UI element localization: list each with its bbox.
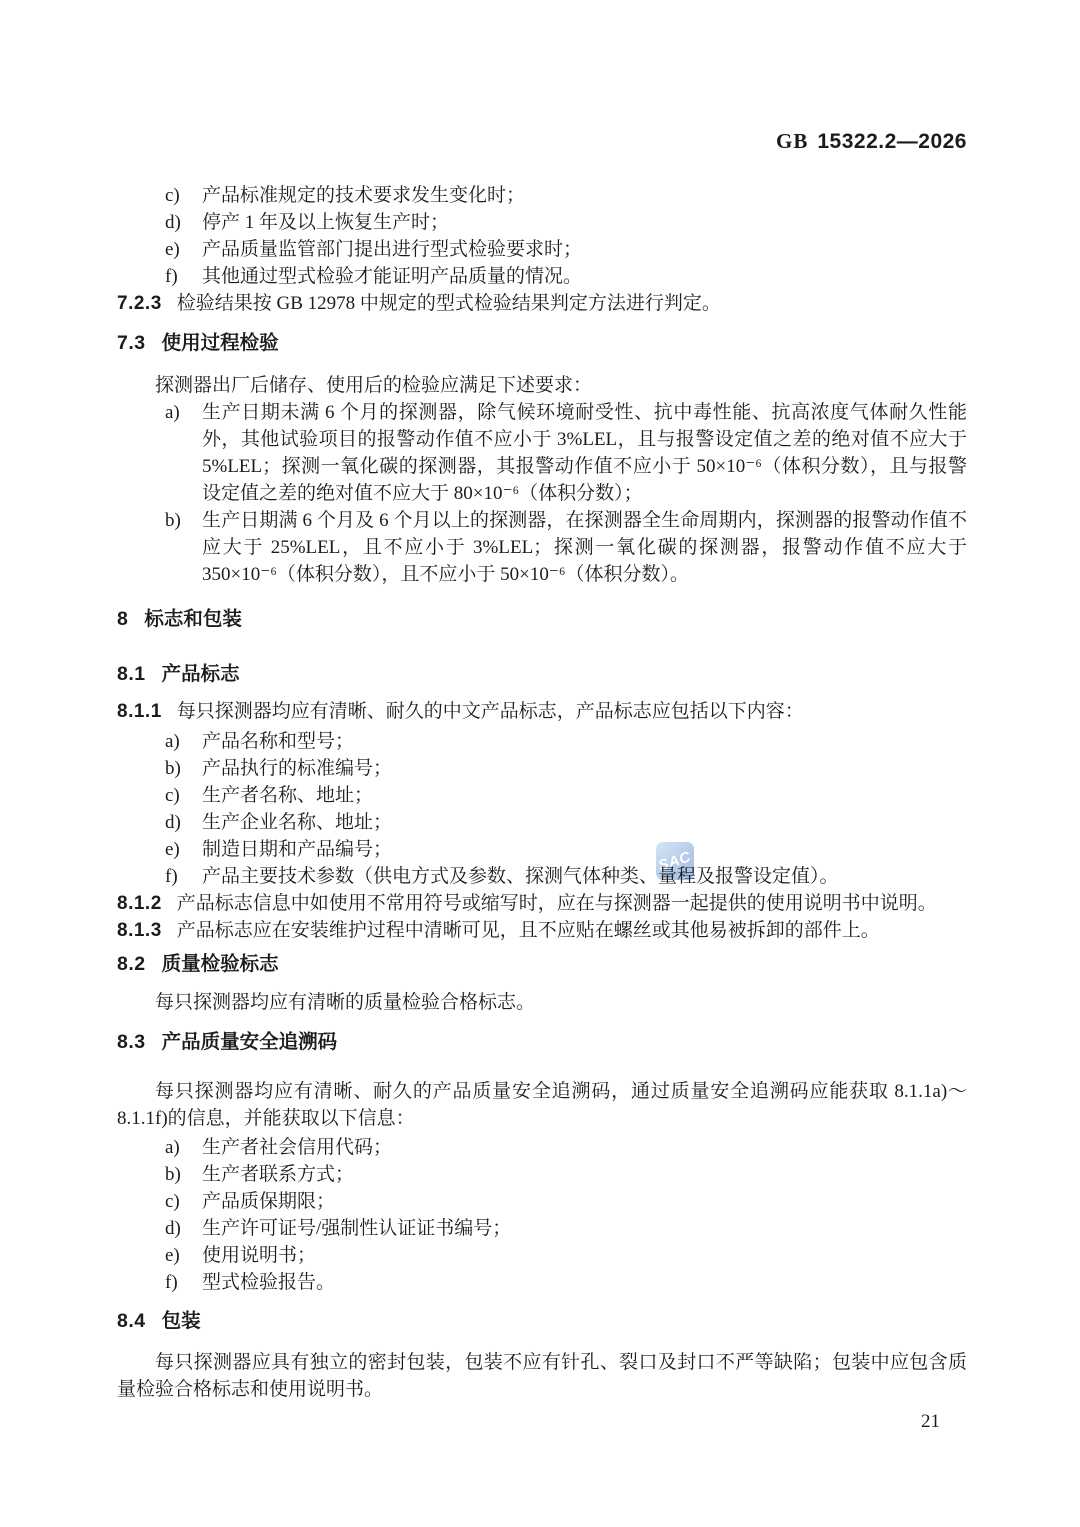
list-item: b) 产品执行的标准编号； bbox=[117, 755, 967, 782]
list-marker: f) bbox=[165, 863, 178, 890]
list-item: c) 产品标准规定的技术要求发生变化时； bbox=[117, 182, 967, 209]
list-marker: b) bbox=[165, 1161, 181, 1188]
list-item: e) 使用说明书； bbox=[117, 1242, 967, 1269]
standard-code-prefix: GB bbox=[776, 129, 808, 153]
list-item: d) 生产许可证号/强制性认证证书编号； bbox=[117, 1215, 967, 1242]
section-title: 质量检验标志 bbox=[162, 953, 279, 975]
section-number: 8.4 bbox=[117, 1310, 146, 1332]
list-marker: e) bbox=[165, 1242, 180, 1269]
list-marker: b) bbox=[165, 507, 181, 534]
list-item: f) 产品主要技术参数（供电方式及参数、探测气体种类、量程及报警设定值）。 bbox=[117, 863, 967, 890]
list-marker: b) bbox=[165, 755, 181, 782]
list-item-text: 生产许可证号/强制性认证证书编号； bbox=[202, 1218, 511, 1239]
section-heading-8-1: 8.1产品标志 bbox=[117, 661, 967, 688]
section-number: 7.3 bbox=[117, 332, 146, 354]
section-title: 产品质量安全追溯码 bbox=[162, 1031, 338, 1053]
clause-8-1-3: 8.1.3产品标志应在安装维护过程中清晰可见，且不应贴在螺丝或其他易被拆卸的部件… bbox=[117, 917, 967, 944]
list-item: f) 型式检验报告。 bbox=[117, 1269, 967, 1296]
list-marker: c) bbox=[165, 182, 180, 209]
list-item: a) 生产日期未满 6 个月的探测器，除气候环境耐受性、抗中毒性能、抗高浓度气体… bbox=[117, 399, 967, 507]
list-marker: a) bbox=[165, 728, 180, 755]
clause-number: 8.1.1 bbox=[117, 701, 162, 722]
clause-text: 产品标志信息中如使用不常用符号或缩写时，应在与探测器一起提供的使用说明书中说明。 bbox=[177, 893, 937, 914]
list-item: b) 生产日期满 6 个月及 6 个月以上的探测器，在探测器全生命周期内，探测器… bbox=[117, 507, 967, 588]
list-marker: d) bbox=[165, 809, 181, 836]
running-header: GB15322.2—2026 bbox=[117, 128, 967, 156]
list-marker: a) bbox=[165, 1134, 180, 1161]
list-item: f) 其他通过型式检验才能证明产品质量的情况。 bbox=[117, 263, 967, 290]
list-marker: e) bbox=[165, 236, 180, 263]
list-marker: d) bbox=[165, 1215, 181, 1242]
list-item-text: 生产者名称、地址； bbox=[202, 785, 373, 806]
chapter-title: 标志和包装 bbox=[144, 608, 242, 630]
list-marker: f) bbox=[165, 1269, 178, 1296]
clause-7-2-3: 7.2.3检验结果按 GB 12978 中规定的型式检验结果判定方法进行判定。 bbox=[117, 290, 967, 317]
list-item-text: 产品主要技术参数（供电方式及参数、探测气体种类、量程及报警设定值）。 bbox=[202, 866, 839, 887]
list-item: a) 产品名称和型号； bbox=[117, 728, 967, 755]
list-item-text: 产品质量监管部门提出进行型式检验要求时； bbox=[202, 239, 582, 260]
list-marker: c) bbox=[165, 1188, 180, 1215]
list-item: a) 生产者社会信用代码； bbox=[117, 1134, 967, 1161]
paragraph-7-3-intro: 探测器出厂后储存、使用后的检验应满足下述要求： bbox=[117, 372, 967, 399]
list-marker: a) bbox=[165, 399, 180, 426]
product-marking-list: a) 产品名称和型号； b) 产品执行的标准编号； c) 生产者名称、地址； d… bbox=[117, 728, 967, 890]
section-heading-8-2: 8.2质量检验标志 bbox=[117, 951, 967, 978]
section-title: 使用过程检验 bbox=[162, 332, 279, 354]
paragraph-8-2: 每只探测器均应有清晰的质量检验合格标志。 bbox=[117, 989, 967, 1016]
list-marker: d) bbox=[165, 209, 181, 236]
section-heading-8-3: 8.3产品质量安全追溯码 bbox=[117, 1029, 967, 1056]
clause-text: 检验结果按 GB 12978 中规定的型式检验结果判定方法进行判定。 bbox=[177, 293, 721, 314]
usage-inspection-list: a) 生产日期未满 6 个月的探测器，除气候环境耐受性、抗中毒性能、抗高浓度气体… bbox=[117, 399, 967, 588]
clause-text: 产品标志应在安装维护过程中清晰可见，且不应贴在螺丝或其他易被拆卸的部件上。 bbox=[177, 920, 880, 941]
clause-text: 每只探测器均应有清晰、耐久的中文产品标志，产品标志应包括以下内容： bbox=[177, 701, 804, 722]
section-heading-7-3: 7.3使用过程检验 bbox=[117, 330, 967, 357]
section-number: 8.1 bbox=[117, 663, 146, 685]
list-item-text: 其他通过型式检验才能证明产品质量的情况。 bbox=[202, 266, 582, 287]
chapter-number: 8 bbox=[117, 608, 128, 630]
list-item-text: 生产日期满 6 个月及 6 个月以上的探测器，在探测器全生命周期内，探测器的报警… bbox=[202, 510, 967, 585]
list-item: c) 产品质保期限； bbox=[117, 1188, 967, 1215]
page-number: 21 bbox=[117, 1408, 967, 1435]
chapter-heading-8: 8标志和包装 bbox=[117, 606, 967, 633]
list-marker: e) bbox=[165, 836, 180, 863]
traceability-info-list: a) 生产者社会信用代码； b) 生产者联系方式； c) 产品质保期限； d) … bbox=[117, 1134, 967, 1296]
list-item-text: 生产者联系方式； bbox=[202, 1164, 354, 1185]
list-item-text: 制造日期和产品编号； bbox=[202, 839, 392, 860]
list-item-text: 产品名称和型号； bbox=[202, 731, 354, 752]
section-number: 8.3 bbox=[117, 1031, 146, 1053]
standard-code-number: 15322.2—2026 bbox=[817, 130, 967, 153]
standard-document-page: SAC GB15322.2—2026 c) 产品标准规定的技术要求发生变化时； … bbox=[0, 0, 1080, 1527]
clause-number: 8.1.2 bbox=[117, 893, 162, 914]
list-item: d) 生产企业名称、地址； bbox=[117, 809, 967, 836]
list-item-text: 产品质保期限； bbox=[202, 1191, 335, 1212]
section-number: 8.2 bbox=[117, 953, 146, 975]
list-item-text: 型式检验报告。 bbox=[202, 1272, 335, 1293]
list-item: e) 制造日期和产品编号； bbox=[117, 836, 967, 863]
list-item-text: 生产日期未满 6 个月的探测器，除气候环境耐受性、抗中毒性能、抗高浓度气体耐久性… bbox=[202, 402, 967, 504]
list-marker: c) bbox=[165, 782, 180, 809]
paragraph-8-4: 每只探测器应具有独立的密封包装，包装不应有针孔、裂口及封口不严等缺陷；包装中应包… bbox=[117, 1349, 967, 1403]
list-item: c) 生产者名称、地址； bbox=[117, 782, 967, 809]
clause-8-1-2: 8.1.2产品标志信息中如使用不常用符号或缩写时，应在与探测器一起提供的使用说明… bbox=[117, 890, 967, 917]
list-item: b) 生产者联系方式； bbox=[117, 1161, 967, 1188]
section-heading-8-4: 8.4包装 bbox=[117, 1308, 967, 1335]
list-item-text: 生产者社会信用代码； bbox=[202, 1137, 392, 1158]
section-title: 产品标志 bbox=[162, 663, 240, 685]
section-title: 包装 bbox=[162, 1310, 201, 1332]
list-marker: f) bbox=[165, 263, 178, 290]
list-item: d) 停产 1 年及以上恢复生产时； bbox=[117, 209, 967, 236]
type-inspection-condition-list: c) 产品标准规定的技术要求发生变化时； d) 停产 1 年及以上恢复生产时； … bbox=[117, 182, 967, 290]
list-item-text: 产品标准规定的技术要求发生变化时； bbox=[202, 185, 525, 206]
clause-number: 7.2.3 bbox=[117, 293, 162, 314]
list-item-text: 使用说明书； bbox=[202, 1245, 316, 1266]
paragraph-8-3: 每只探测器均应有清晰、耐久的产品质量安全追溯码，通过质量安全追溯码应能获取 8.… bbox=[117, 1078, 967, 1132]
list-item-text: 生产企业名称、地址； bbox=[202, 812, 392, 833]
list-item-text: 产品执行的标准编号； bbox=[202, 758, 392, 779]
clause-8-1-1: 8.1.1每只探测器均应有清晰、耐久的中文产品标志，产品标志应包括以下内容： bbox=[117, 698, 967, 725]
list-item-text: 停产 1 年及以上恢复生产时； bbox=[202, 212, 449, 233]
clause-number: 8.1.3 bbox=[117, 920, 162, 941]
list-item: e) 产品质量监管部门提出进行型式检验要求时； bbox=[117, 236, 967, 263]
